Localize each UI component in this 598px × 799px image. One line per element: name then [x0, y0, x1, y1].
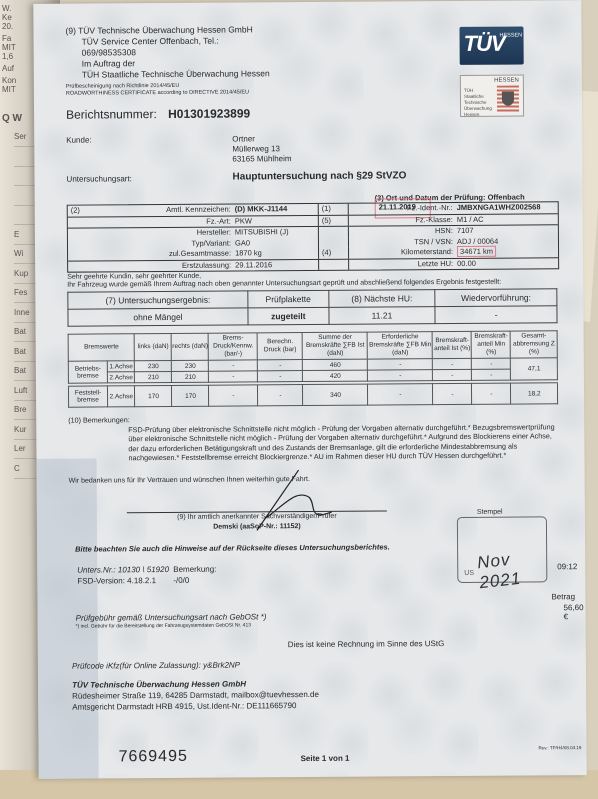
vehicle-value: JMBXNGA1WHZ002568: [457, 202, 558, 213]
hessen-crest-icon: [497, 86, 519, 112]
service-brake-label: Betriebs-bremse: [68, 361, 107, 383]
vehicle-value: PKW: [235, 215, 318, 226]
vehicle-label: HSN:: [349, 226, 457, 237]
inspection-time: 09:12: [557, 562, 577, 571]
field-number: [68, 249, 111, 260]
field-number: [68, 217, 111, 228]
brake-right: 210: [172, 371, 209, 382]
bg-text: 1,6: [2, 52, 13, 61]
hessen-logo: HESSEN TÜH Staatliche Technische Überwac…: [460, 74, 524, 116]
customer-street: Müllerweg 13: [232, 144, 291, 154]
inspector-name: Demski (aaSoP-Nr.: 11152): [127, 521, 387, 533]
document-number: 7669495: [119, 748, 188, 766]
revision: Rev.: TP/H4/08.04.19: [538, 745, 581, 750]
stamp-date: Nov 2021: [476, 546, 548, 593]
bg-text: Ke: [2, 13, 12, 22]
vehicle-value: 7107: [457, 225, 558, 236]
brake-share-ist: -: [433, 369, 472, 380]
issuer-line: TÜH Staatliche Technische Überwachung He…: [66, 68, 270, 80]
brake-row-parking: Feststell-bremse 2.Achse 170 170 - - 340…: [68, 383, 557, 407]
bg-text: 20.: [2, 22, 13, 31]
brake-calc: -: [258, 371, 303, 382]
fee-label: Prüfgebühr gemäß Untersuchungsart nach G…: [76, 612, 267, 622]
brake-left: 170: [135, 385, 172, 406]
field-number: [319, 259, 349, 270]
result-header: Wiedervorführung:: [435, 289, 557, 307]
brake-sum: 420: [303, 370, 368, 381]
brake-header: Summe der Bremskräfte ∑FB Ist (daN): [303, 332, 368, 359]
axle: 2.Achse: [107, 372, 135, 383]
brake-right: 170: [172, 385, 209, 406]
vehicle-label: Letzte HU:: [349, 258, 457, 269]
remarks-text: FSD-Prüfung über elektronische Schnittst…: [68, 422, 558, 463]
vehicle-label: Erstzulassung:: [111, 260, 235, 271]
bg-text: MIT: [2, 43, 16, 52]
brake-required: -: [368, 384, 433, 405]
parking-brake-label: Feststell-bremse: [68, 386, 107, 407]
vehicle-label: TSN / VSN:: [349, 236, 457, 247]
vehicle-value: 29.11.2016: [235, 259, 318, 270]
brake-header: Brems-Druck/Kennw. (bar/-): [209, 333, 258, 360]
result-next-hu: 11.21: [329, 307, 436, 325]
brake-sum: 460: [303, 359, 368, 370]
remark-value: -/0/0: [173, 576, 189, 585]
remark-label: Bemerkung:: [173, 565, 216, 574]
footer-company: TÜV Technische Überwachung Hessen GmbH: [72, 679, 246, 689]
vehicle-label: Fz.-Art:: [111, 216, 235, 227]
brake-header: links (daN): [135, 333, 172, 360]
odometer-value: 34671 km: [457, 246, 496, 257]
brake-header: Gesamt-abbremsung Z (%): [511, 331, 558, 358]
tuv-logo-text: TÜV: [464, 31, 505, 57]
inspection-type: Hauptuntersuchung nach §29 StVZO: [232, 170, 406, 182]
customer-label: Kunde:: [66, 136, 91, 145]
vehicle-label: Fz.-Klasse:: [349, 214, 457, 225]
inspection-stamp: Nov 2021 US: [457, 516, 547, 583]
result-reinspection: -: [435, 306, 557, 324]
brake-share-min: -: [472, 369, 511, 380]
parking-brake-total: 18,2: [511, 383, 558, 404]
brake-required: -: [368, 359, 433, 370]
stamp-label: Stempel: [477, 509, 503, 516]
stamp-prefix: US: [464, 570, 474, 577]
fsd-version: FSD-Version: 4.18.2.1: [77, 576, 156, 586]
brake-header: Berechn. Druck (bar): [258, 333, 303, 360]
brake-pressure: -: [209, 371, 258, 382]
vehicle-value: 1870 kg: [235, 248, 318, 259]
hessen-logo-title: HESSEN: [494, 78, 519, 84]
field-number: [319, 237, 349, 248]
report-number: H01301923899: [168, 106, 250, 121]
greeting-line: Sehr geehrte Kundin, sehr geehrter Kunde…: [67, 273, 201, 281]
customer-name: Ortner: [232, 134, 291, 144]
remarks: (10) Bemerkungen: FSD-Prüfung über elekt…: [68, 412, 558, 463]
field-number: (2): [68, 205, 111, 216]
vehicle-row: Erstzulassung:29.11.2016Letzte HU:00.00: [68, 258, 558, 272]
brake-share-min: -: [472, 358, 511, 369]
customer-city: 63165 Mühlheim: [232, 154, 291, 164]
bg-text: MIT: [2, 85, 16, 94]
brake-left: 210: [135, 371, 172, 382]
service-brake-total: 47,1: [511, 358, 558, 380]
fee-note: *) incl. Gebühr für die Bereitstellung d…: [76, 622, 251, 629]
vehicle-table: (2)Amtl. Kennzeichen:(D) MKK-J1144(1)Fz.…: [67, 201, 559, 272]
report-number-label: Berichtsnummer:: [66, 107, 157, 122]
brake-header: Bremswerte: [68, 334, 135, 361]
tuv-logo-sub: HESSEN: [500, 33, 523, 39]
field-number: (5): [319, 215, 349, 226]
brake-share-ist: -: [433, 383, 472, 404]
signature-block: (9) Ihr amtlich anerkannter Sachverständ…: [127, 510, 387, 533]
result-table: (7) Untersuchungsergebnis: Prüfplakette …: [67, 288, 557, 326]
amount: 56,60 €: [563, 603, 585, 621]
brake-table: Bremswerte links (daN) rechts (daN) Brem…: [68, 330, 559, 407]
footer-register: Amtsgericht Darmstadt HRB 4915, Ust.Iden…: [72, 701, 296, 712]
vehicle-value: M1 / AC: [457, 214, 558, 225]
vehicle-value: MITSUBISHI (J): [235, 227, 318, 238]
field-number: [68, 228, 111, 239]
brake-pressure: -: [209, 385, 258, 406]
inspection-number: Unters.Nr.: 10130 \ 51920: [77, 565, 169, 575]
result-outcome: ohne Mängel: [68, 308, 248, 326]
issuer-line: (9) TÜV Technische Überwachung Hessen Gm…: [65, 24, 269, 36]
brake-calc: -: [258, 385, 303, 406]
brake-right: 230: [172, 360, 209, 371]
brake-header: Bremskraft-anteil Ist (%): [433, 331, 472, 358]
customer-address: Ortner Müllerweg 13 63165 Mühlheim: [232, 134, 291, 164]
bg-text: W.: [2, 4, 11, 13]
bg-text: Fa: [2, 34, 11, 43]
vehicle-value: (D) MKK-J1144: [235, 204, 318, 215]
hessen-logo-text: TÜH Staatliche Technische Überwachung He…: [464, 88, 492, 118]
cert-line: Prüfbescheinigung nach Richtlinie 2014/4…: [66, 83, 179, 90]
result-header: Prüfplakette: [248, 290, 329, 308]
brake-header: rechts (daN): [172, 333, 209, 360]
brake-header: Bremskraft-anteil Min (%): [472, 331, 511, 358]
result-header: (8) Nächste HU:: [328, 290, 435, 308]
axle: 1.Achse: [107, 361, 135, 372]
inspection-type-label: Untersuchungsart:: [66, 174, 131, 183]
bg-text: Auf: [2, 64, 14, 73]
bg-text: Q W: [2, 113, 22, 124]
brake-left: 230: [135, 360, 172, 371]
cert-line: ROADWORTHINESS CERTIFICATE according to …: [66, 89, 249, 96]
brake-calc: -: [258, 360, 303, 371]
result-sticker: zugeteilt: [248, 307, 329, 325]
brake-sum: 340: [303, 384, 368, 405]
amount-label: Betrag: [551, 592, 575, 601]
vehicle-label: Amtl. Kennzeichen:: [111, 205, 235, 216]
vehicle-label: zul.Gesamtmasse:: [111, 249, 235, 260]
bg-text: Kon: [2, 76, 16, 85]
pruefcode: Prüfcode iKfz(für Online Zulassung): y&B…: [72, 660, 240, 670]
brake-pressure: -: [209, 360, 258, 371]
brake-share-min: -: [472, 383, 511, 404]
brake-header: Erforderliche Bremskräfte ∑FB Min (daN): [368, 332, 433, 359]
field-number: [68, 239, 111, 250]
issuer-block: (9) TÜV Technische Überwachung Hessen Gm…: [65, 24, 269, 80]
result-header: (7) Untersuchungsergebnis:: [68, 291, 248, 309]
tuv-logo: TÜV HESSEN: [459, 27, 523, 65]
footer-address: Rüdesheimer Straße 119, 64285 Darmstadt,…: [72, 690, 319, 701]
page-number: Seite 1 von 1: [301, 754, 350, 763]
vehicle-value: 00.00: [457, 258, 558, 269]
field-number: (4): [319, 248, 349, 259]
vehicle-value: GA0: [235, 237, 318, 248]
inspection-report: TÜV SÜDMehr Wert. (9) TÜV Technische Übe…: [33, 0, 586, 779]
no-invoice-note: Dies ist keine Rechnung im Sinne des USt…: [288, 639, 445, 649]
vehicle-label: Kilometerstand:: [349, 247, 457, 258]
field-number: (1): [319, 204, 349, 215]
vehicle-label: Fz.-Ident.-Nr.:: [349, 203, 457, 214]
axle: 2.Achse: [107, 386, 135, 407]
brake-required: -: [368, 370, 433, 381]
brake-share-ist: -: [433, 358, 472, 369]
field-number: [319, 227, 349, 238]
field-number: [68, 261, 111, 272]
